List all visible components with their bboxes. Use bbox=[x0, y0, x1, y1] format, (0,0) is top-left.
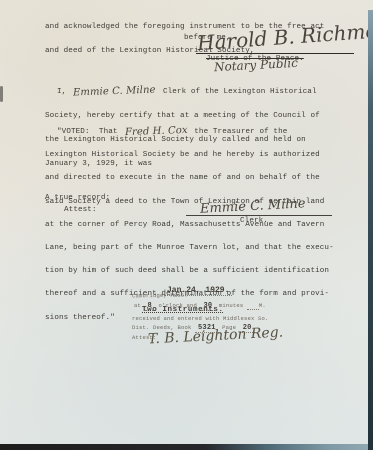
scan-edge-right bbox=[368, 10, 373, 450]
registry-stamp: Cambridge, Mass. Jan.24, 1929. at 8 o'cl… bbox=[132, 284, 292, 346]
stamp-at: at bbox=[134, 302, 141, 309]
voted-line-1-rest: the Treasurer of the bbox=[194, 128, 287, 136]
stamp-received-line: received and entered with Middlesex So. bbox=[132, 315, 269, 322]
voted-line-6: Lane, being part of the Munroe Tavern lo… bbox=[45, 245, 334, 252]
scan-smudge bbox=[0, 86, 3, 102]
voted-line-3: and directed to execute in the name of a… bbox=[45, 175, 334, 182]
stamp-meridiem: M. bbox=[259, 302, 266, 309]
certification-line-1: I,Emmie C. MilneClerk of the Lexington H… bbox=[45, 87, 320, 96]
stamp-meridiem-blank bbox=[247, 302, 259, 310]
scan-edge-bottom bbox=[0, 444, 373, 450]
voted-line-5: at the corner of Percy Road, Massachuset… bbox=[45, 222, 334, 229]
voted-lead: "VOTED: That bbox=[57, 128, 118, 136]
attest-label: Attest: bbox=[64, 206, 97, 214]
scanned-document-page: and acknowledged the foregoing instrumen… bbox=[0, 0, 373, 450]
clerk-title-label: Clerk. bbox=[240, 217, 268, 225]
treasurer-name-handwritten: Fred H. Cox bbox=[124, 127, 187, 136]
certification-line-1-rest: Clerk of the Lexington Historical bbox=[163, 88, 317, 96]
certification-lead: I, bbox=[57, 88, 66, 96]
clerk-name-handwritten: Emmie C. Milne bbox=[73, 87, 156, 98]
signature-underline bbox=[196, 53, 354, 54]
stamp-instruments-overlay: Two Instruments. bbox=[142, 306, 224, 314]
voted-line-1: "VOTED: ThatFred H. Coxthe Treasurer of … bbox=[45, 127, 334, 136]
voted-line-7: tion by him of such deed shall be a suff… bbox=[45, 268, 334, 275]
clerk-signature-line bbox=[186, 215, 332, 216]
true-record-label: A true record: bbox=[45, 194, 110, 202]
voted-line-2: Lexington Historical Society be and he h… bbox=[45, 152, 334, 159]
stamp-date: Jan.24, 1929. bbox=[164, 286, 232, 296]
